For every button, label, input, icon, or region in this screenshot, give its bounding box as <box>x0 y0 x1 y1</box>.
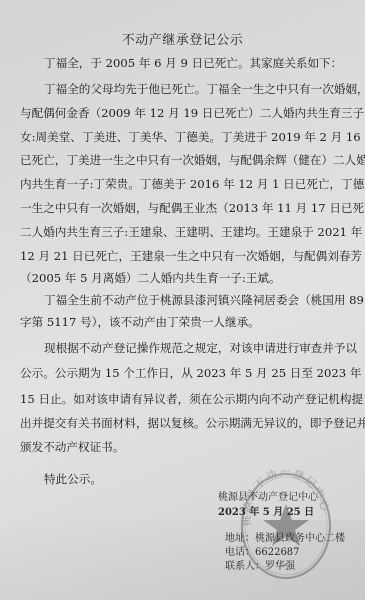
paragraph-4-line-3: 15 日止。如对该申请有异议者，须在公示期内向不动产登记机构提 <box>20 391 350 407</box>
issuer-phone: 电话：6622687 <box>225 546 300 559</box>
paragraph-2-line-6: 一生之中只有一次婚姻，与配偶王业杰（2013 年 11 月 17 日已死亡） <box>20 200 350 216</box>
paragraph-2-line-4: 已死亡，丁美进一生之中只有一次婚姻，与配偶余辉（健在）二人婚 <box>20 152 350 168</box>
paragraph-4-line-5: 颁发不动产权证书。 <box>20 439 350 455</box>
paragraph-4-line-1: 现根据不动产登记操作规范之规定，对该申请进行审查并予以 <box>44 340 350 356</box>
paragraph-1-line-1: 丁福全，于 2005 年 6 月 9 日已死亡。其家庭关系如下： <box>44 55 350 71</box>
paragraph-4-line-2: 公示。公示期为 15 个工作日，从 2023 年 5 月 25 日至 2023 … <box>20 365 350 381</box>
paragraph-2-line-2: 与配偶何金香（2009 年 12 月 19 日已死亡）二人婚内共生育三子一 <box>20 105 350 121</box>
paragraph-3-line-2: 字第 5117 号），该不动产由丁荣贵一人继承。 <box>20 314 350 330</box>
paragraph-3-line-1: 丁福全生前不动产位于桃源县漆河镇兴隆祠居委会（桃国用 89 <box>44 292 350 308</box>
paragraph-4-line-4: 出并提交有关书面材料，据以复核。公示期满无异议的，即予登记并 <box>20 415 350 431</box>
paragraph-2-line-1: 丁福全的父母均先于他已死亡。丁福全一生之中只有一次婚姻， <box>44 81 350 97</box>
paragraph-2-line-5: 内共生育一子:丁荣贵。丁德美于 2016 年 12 月 1 日已死亡，丁德美 <box>20 176 350 192</box>
document-title: 不动产继承登记公示 <box>0 29 365 48</box>
paragraph-2-line-3: 女:周美堂、丁美进、丁美华、丁德美。丁美进于 2019 年 2 月 16 日 <box>20 129 350 145</box>
issuer-address: 地址：桃源县政务中心二楼 <box>225 532 345 545</box>
paragraph-2-line-7: 二人婚内共生育三子:王建泉、王建明、王建均。王建泉于 2021 年 <box>20 224 350 240</box>
paragraph-2-line-9: （2005 年 5 月离婚）二人婚内共生育一子:王斌。 <box>20 270 350 286</box>
issue-date: 2023 年 5 月 25 日 <box>218 506 314 519</box>
issuer-name: 桃源县不动产登记中心 <box>218 491 318 504</box>
issuer-contact: 联系人：罗华强 <box>225 560 295 573</box>
paragraph-2-line-8: 12 月 21 日已死亡，王建泉一生之中只有一次婚姻，与配偶刘春芳 <box>20 248 350 264</box>
notice-page: 不动产继承登记公示 丁福全，于 2005 年 6 月 9 日已死亡。其家庭关系如… <box>0 0 365 600</box>
